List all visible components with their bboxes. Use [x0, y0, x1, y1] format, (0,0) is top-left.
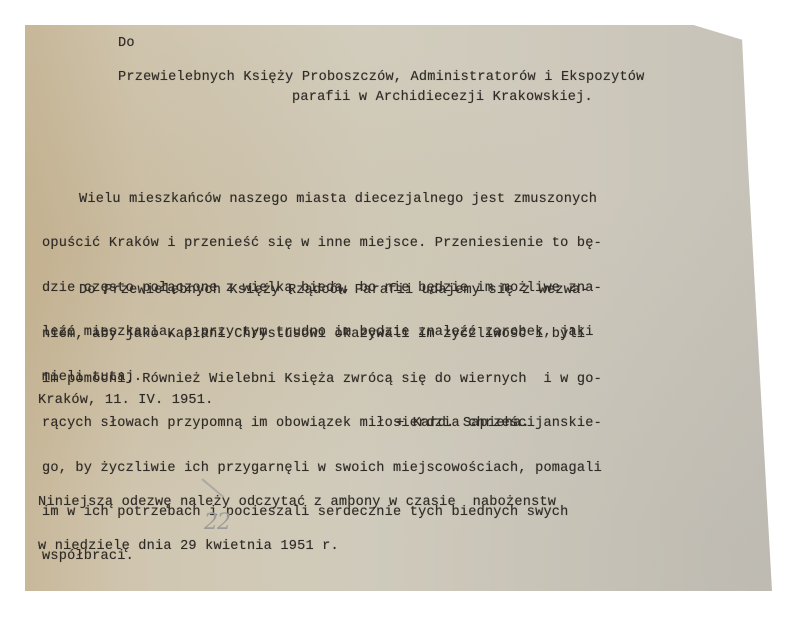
- addressee-line-2: parafii w Archidiecezji Krakowskiej.: [292, 90, 593, 105]
- paragraph-1-line: Wielu mieszkańców naszego miasta diecezj…: [42, 193, 602, 207]
- reading-instruction-line: w niedzielę dnia 29 kwietnia 1951 r.: [38, 540, 556, 554]
- salutation: Do: [118, 36, 135, 51]
- paragraph-2-line: niem, aby jako Kapłani Chrystusowi okazy…: [42, 328, 602, 342]
- signature: + Kard. Sapieha.: [396, 416, 530, 431]
- paragraph-2-line: im pomocni. Również Wielebni Księża zwró…: [42, 373, 602, 387]
- addressee-line-1: Przewielebnych Księży Proboszczów, Admin…: [118, 70, 645, 85]
- paragraph-2-line: Do Przewielebnych Księży Rządców Parafii…: [42, 284, 602, 298]
- place-and-date: Kraków, 11. IV. 1951.: [38, 393, 214, 408]
- paragraph-1-line: opuścić Kraków i przenieść się w inne mi…: [42, 237, 602, 251]
- reading-instruction: Niniejszą odezwę należy odczytać z ambon…: [38, 466, 556, 585]
- reading-instruction-line: Niniejszą odezwę należy odczytać z ambon…: [38, 496, 556, 510]
- photo-stage: Do Przewielebnych Księży Proboszczów, Ad…: [0, 0, 800, 618]
- pencil-page-number: 22: [204, 510, 230, 535]
